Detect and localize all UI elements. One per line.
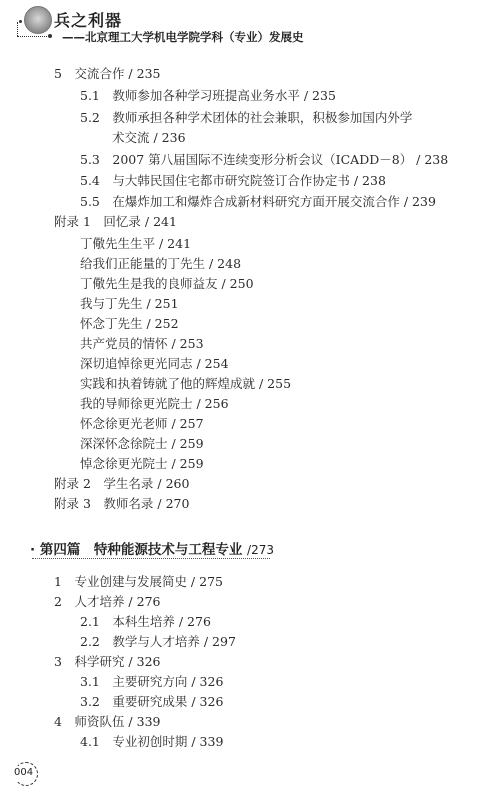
toc-entry: 悼念徐更光院士 / 259 (80, 456, 204, 472)
toc-entry: 深切追悼徐更光同志 / 254 (80, 356, 229, 372)
part-page: /273 (247, 543, 274, 557)
book-title: 兵之利器 (54, 8, 122, 31)
book-subtitle: ——北京理工大学机电学院学科（专业）发展史 (62, 29, 304, 45)
page-number: 004 (14, 767, 33, 778)
toc-entry: 术交流 / 236 (112, 130, 186, 146)
toc-entry: 附录 3 教师名录 / 270 (54, 496, 189, 512)
part-bullet: · (30, 542, 35, 558)
toc-entry: 5.3 2007 第八届国际不连续变形分析会议（ICADD－8） / 238 (80, 152, 448, 168)
toc-entry: 5 交流合作 / 235 (54, 66, 160, 82)
toc-entry: 共产党员的情怀 / 253 (80, 336, 204, 352)
toc-entry: 深深怀念徐院士 / 259 (80, 436, 204, 452)
decorative-dot (48, 34, 52, 38)
toc-entry: 1 专业创建与发展简史 / 275 (54, 574, 223, 590)
toc-entry: 给我们正能量的丁先生 / 248 (80, 256, 241, 272)
toc-entry: 附录 2 学生名录 / 260 (54, 476, 189, 492)
toc-entry: 实践和执着铸就了他的辉煌成就 / 255 (80, 376, 291, 392)
decorative-bracket (17, 36, 47, 37)
toc-entry: 3.1 主要研究方向 / 326 (80, 674, 223, 690)
decorative-bracket (17, 22, 18, 36)
toc-entry: 5.2 教师承担各种学术团体的社会兼职，积极参加国内外学 (80, 110, 412, 126)
toc-entry: 2 人才培养 / 276 (54, 594, 160, 610)
toc-entry: 2.2 教学与人才培养 / 297 (80, 634, 236, 650)
university-emblem-icon (24, 6, 52, 34)
toc-entry: 4.1 专业初创时期 / 339 (80, 734, 223, 750)
toc-entry: 3 科学研究 / 326 (54, 654, 160, 670)
toc-entry: 怀念徐更光老师 / 257 (80, 416, 204, 432)
toc-entry: 2.1 本科生培养 / 276 (80, 614, 211, 630)
toc-entry: 5.1 教师参加各种学习班提高业务水平 / 235 (80, 88, 336, 104)
toc-entry: 3.2 重要研究成果 / 326 (80, 694, 223, 710)
toc-entry: 附录 1 回忆录 / 241 (54, 214, 177, 230)
toc-entry: 丁儆先生生平 / 241 (80, 236, 191, 252)
running-header: 兵之利器 ——北京理工大学机电学院学科（专业）发展史 (0, 0, 504, 50)
part-title: 第四篇 特种能源技术与工程专业 (40, 542, 243, 558)
toc-entry: 丁儆先生是我的良师益友 / 250 (80, 276, 254, 292)
toc-entry: 我的导师徐更光院士 / 256 (80, 396, 229, 412)
toc-entry: 5.5 在爆炸加工和爆炸合成新材料研究方面开展交流合作 / 239 (80, 194, 436, 210)
decorative-dot (19, 20, 22, 23)
part-heading: · 第四篇 特种能源技术与工程专业 /273 (30, 538, 274, 558)
part-divider (32, 558, 270, 559)
toc-entry: 5.4 与大韩民国住宅都市研究院签订合作协定书 / 238 (80, 173, 386, 189)
toc-entry: 4 师资队伍 / 339 (54, 714, 160, 730)
toc-entry: 我与丁先生 / 251 (80, 296, 179, 312)
toc-entry: 怀念丁先生 / 252 (80, 316, 179, 332)
